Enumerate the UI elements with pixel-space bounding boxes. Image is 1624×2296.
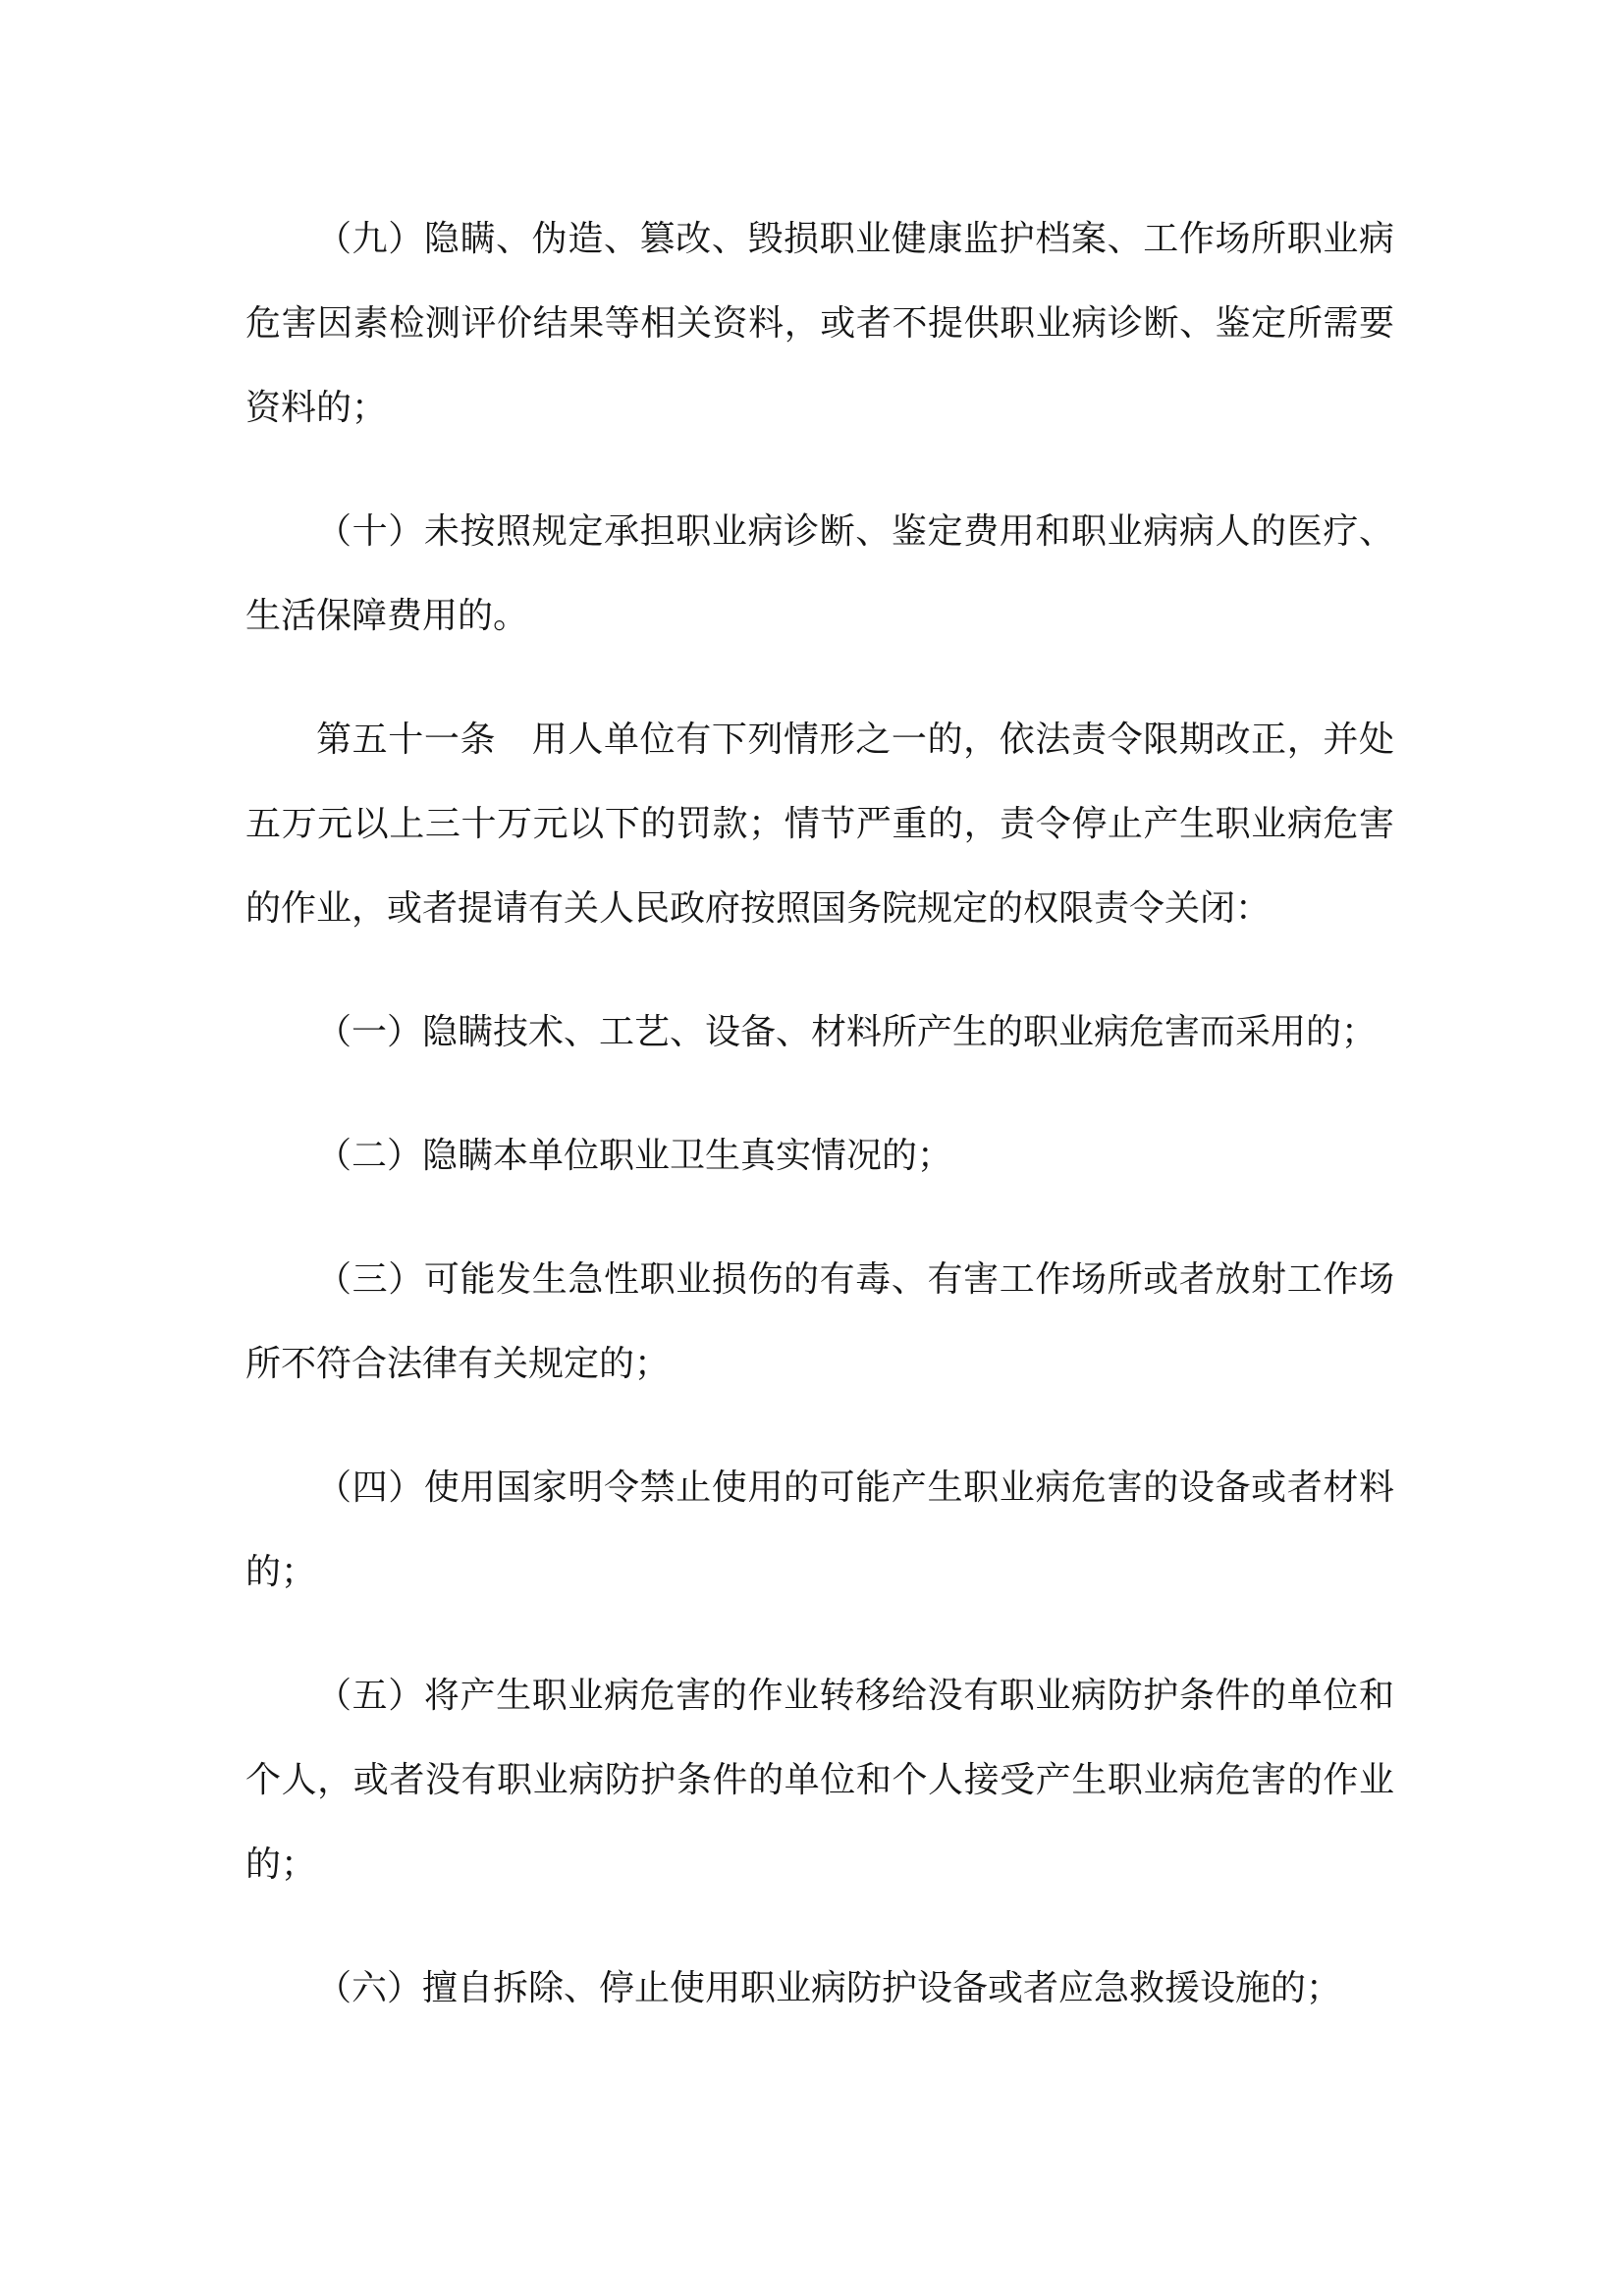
paragraph-item-3: （三）可能发生急性职业损伤的有毒、有害工作场所或者放射工作场所不符合法律有关规定…	[245, 1237, 1394, 1406]
paragraph-article-51: 第五十一条 用人单位有下列情形之一的，依法责令限期改正，并处五万元以上三十万元以…	[245, 697, 1394, 950]
paragraph-item-9: （九）隐瞒、伪造、篡改、毁损职业健康监护档案、工作场所职业病危害因素检测评价结果…	[245, 196, 1394, 450]
paragraph-item-6: （六）擅自拆除、停止使用职业病防护设备或者应急救援设施的；	[245, 1946, 1394, 2030]
paragraph-item-2: （二）隐瞒本单位职业卫生真实情况的；	[245, 1113, 1394, 1198]
paragraph-item-1: （一）隐瞒技术、工艺、设备、材料所产生的职业病危害而采用的；	[245, 989, 1394, 1074]
document-page: （九）隐瞒、伪造、篡改、毁损职业健康监护档案、工作场所职业病危害因素检测评价结果…	[0, 0, 1624, 2296]
paragraph-item-5: （五）将产生职业病危害的作业转移给没有职业病防护条件的单位和个人，或者没有职业病…	[245, 1653, 1394, 1906]
paragraph-item-4: （四）使用国家明令禁止使用的可能产生职业病危害的设备或者材料的；	[245, 1445, 1394, 1614]
paragraph-item-10: （十）未按照规定承担职业病诊断、鉴定费用和职业病病人的医疗、生活保障费用的。	[245, 489, 1394, 658]
